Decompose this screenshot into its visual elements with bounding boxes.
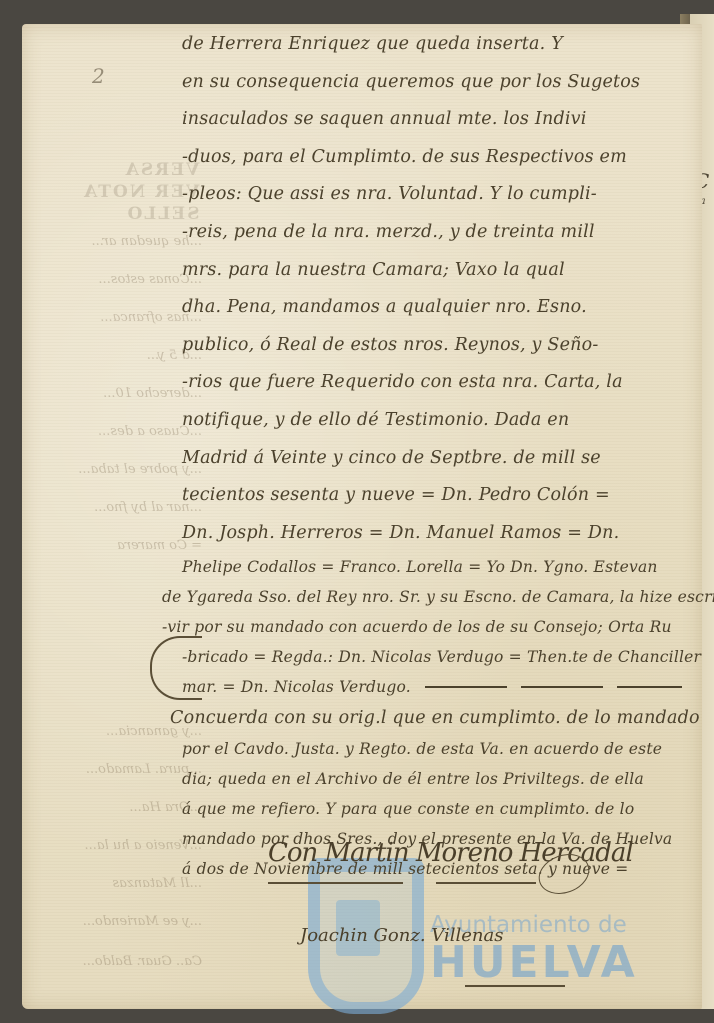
bleed-through-text: ...y ee Mariendo... bbox=[52, 914, 202, 929]
manuscript-line: insaculados se saquen annual mte. los In… bbox=[182, 101, 682, 139]
closing-rule bbox=[425, 686, 507, 688]
manuscript-line: -rios que fuere Requerido con esta nra. … bbox=[182, 364, 682, 402]
bleed-through-text: ...d 5 y... bbox=[52, 348, 202, 363]
signature-rubric: Joachin Gonz. Villenas bbox=[300, 925, 503, 946]
closing-rule bbox=[521, 686, 603, 688]
manuscript-line: Phelipe Codallos = Franco. Lorella = Yo … bbox=[182, 552, 682, 582]
bleed-through-text: ...derecho 10... bbox=[52, 386, 202, 401]
manuscript-line: publico, ó Real de estos nros. Reynos, y… bbox=[182, 327, 682, 365]
bleed-through-text: ...y pobre el taba... bbox=[52, 462, 202, 477]
manuscript-line: dha. Pena, mandamos a qualquier nro. Esn… bbox=[182, 289, 682, 327]
bleed-through-text: ...nar al by fno... bbox=[52, 500, 202, 515]
manuscript-body: de Herrera Enriquez que queda inserta. Y… bbox=[182, 26, 682, 884]
manuscript-line: de Herrera Enriquez que queda inserta. Y bbox=[182, 26, 682, 64]
manuscript-line: mar. = Dn. Nicolas Verdugo. bbox=[182, 672, 411, 702]
manuscript-line: dia; queda en el Archivo de él entre los… bbox=[182, 764, 682, 794]
manuscript-line-with-rule: mar. = Dn. Nicolas Verdugo. bbox=[182, 672, 682, 702]
manuscript-line: -vir por su mandado con acuerdo de los d… bbox=[162, 612, 682, 642]
manuscript-line: notifique, y de ello dé Testimonio. Dada… bbox=[182, 402, 682, 440]
bleed-through-text: ...Ora Ha... bbox=[52, 800, 202, 815]
manuscript-line: Concuerda con su orig.l que en cumplimto… bbox=[170, 702, 682, 734]
manuscript-line: de Ygareda Sso. del Rey nro. Sr. y su Es… bbox=[162, 582, 682, 612]
manuscript-line: -duos, para el Cumplimto. de sus Respect… bbox=[182, 139, 682, 177]
bleed-through-text: ...Cuaso a des... bbox=[52, 424, 202, 439]
manuscript-line: Dn. Josph. Herreros = Dn. Manuel Ramos =… bbox=[182, 515, 682, 553]
bleed-through-text: Ca.. Guar. Baldo... bbox=[52, 954, 202, 969]
bleed-through-text: ...pura. Lamado... bbox=[52, 762, 202, 777]
manuscript-line: en su consequencia queremos que por los … bbox=[182, 64, 682, 102]
manuscript-line: á que me refiero. Y para que conste en c… bbox=[182, 794, 682, 824]
signature-underline bbox=[465, 985, 565, 987]
bleed-through-text: ...Conas estos... bbox=[52, 272, 202, 287]
bleed-through-text: ...he quedan ar... bbox=[52, 234, 202, 249]
manuscript-line: mrs. para la nuestra Camara; Vaxo la qua… bbox=[182, 252, 682, 290]
bleed-through-text: ...Il Matanzas bbox=[52, 876, 202, 891]
closing-rule bbox=[617, 686, 682, 688]
signature-underline bbox=[268, 882, 403, 884]
manuscript-line: por el Cavdo. Justa. y Regto. de esta Va… bbox=[182, 734, 682, 764]
manuscript-line: Madrid á Veinte y cinco de Septbre. de m… bbox=[182, 440, 682, 478]
manuscript-line: -bricado = Regda.: Dn. Nicolas Verdugo =… bbox=[182, 642, 682, 672]
manuscript-line: -reis, pena de la nra. merzd., y de trei… bbox=[182, 214, 682, 252]
signature-underline bbox=[436, 882, 536, 884]
manuscript-line: -pleos: Que assi es nra. Voluntad. Y lo … bbox=[182, 176, 682, 214]
manuscript-line: tecientos sesenta y nueve = Dn. Pedro Co… bbox=[182, 477, 682, 515]
bleed-through-text: = Co marera bbox=[52, 538, 202, 553]
initial-c-flourish-icon bbox=[150, 636, 202, 700]
bleed-through-text: ...nas ofranca... bbox=[52, 310, 202, 325]
bleed-through-text: ...Veneio a hu la... bbox=[52, 838, 202, 853]
folio-mark: 2 bbox=[92, 64, 105, 88]
